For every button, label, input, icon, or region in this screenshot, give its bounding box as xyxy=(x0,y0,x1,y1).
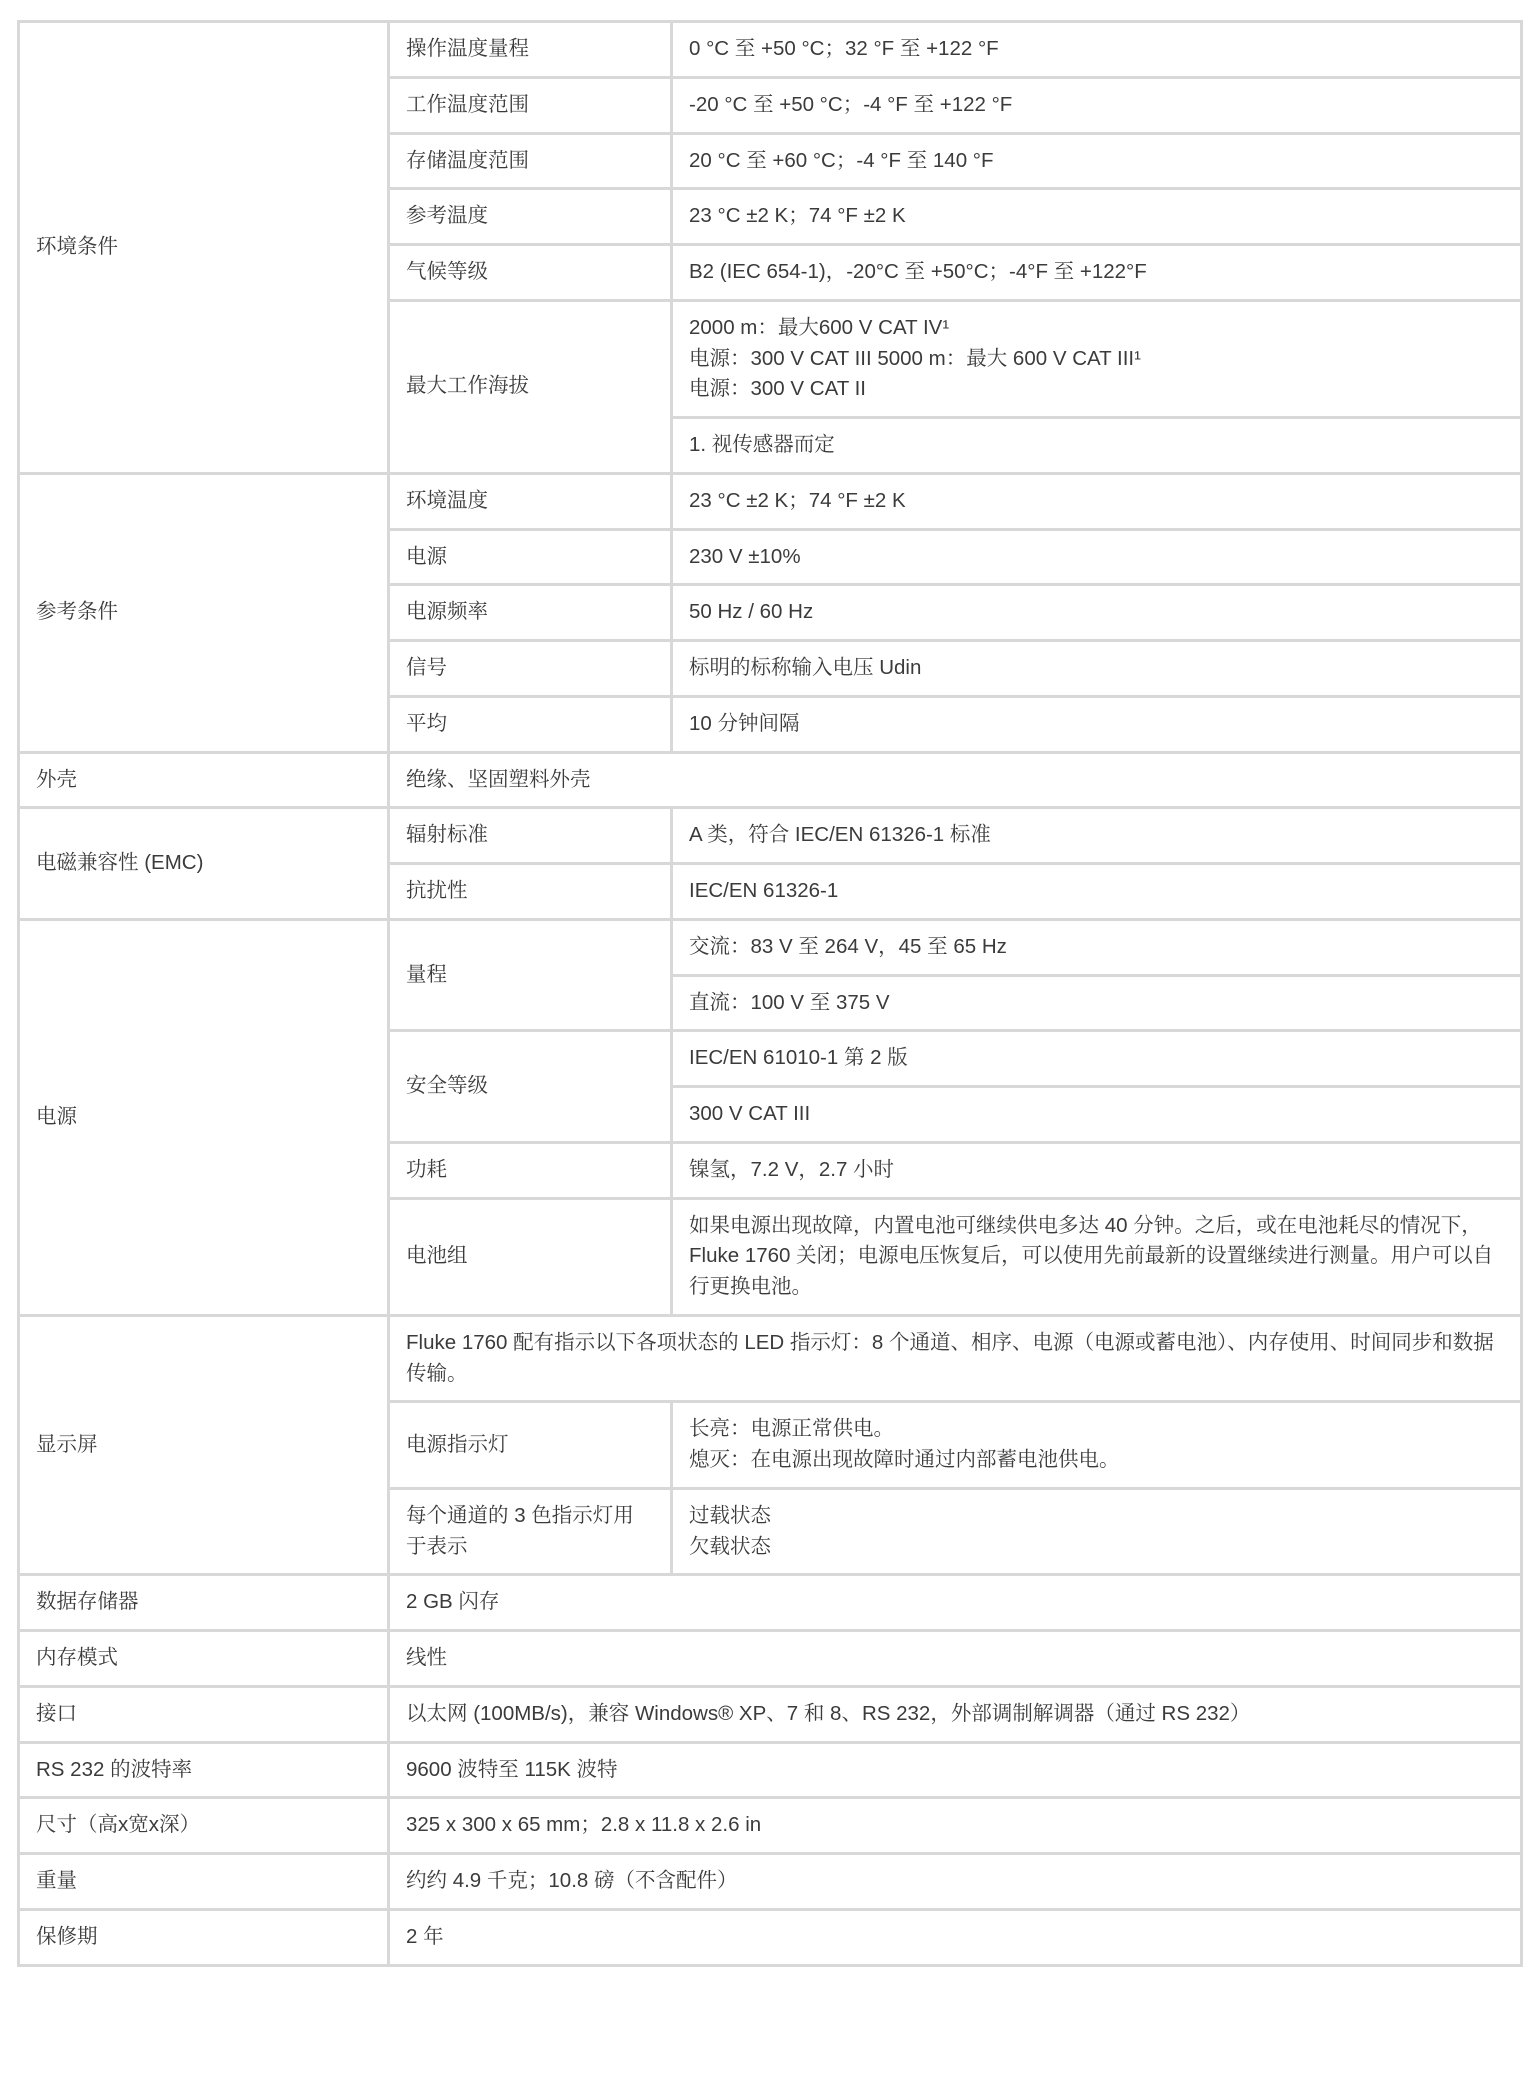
operating-temp-label: 操作温度量程 xyxy=(389,22,672,78)
housing-value: 绝缘、坚固塑料外壳 xyxy=(389,752,1522,808)
baud-rate-label: RS 232 的波特率 xyxy=(19,1742,389,1798)
environment-group-cell: 环境条件 xyxy=(19,22,389,474)
power-led-value: 长亮：电源正常供电。 熄灭：在电源出现故障时通过内部蓄电池供电。 xyxy=(672,1402,1522,1489)
reference-temp-label: 参考温度 xyxy=(389,189,672,245)
reference-temp-value: 23 °C ±2 K；74 °F ±2 K xyxy=(672,189,1522,245)
row-operating-temp: 环境条件 操作温度量程 0 °C 至 +50 °C；32 °F 至 +122 °… xyxy=(19,22,1522,78)
battery-label: 电池组 xyxy=(389,1198,672,1315)
baud-rate-value: 9600 波特至 115K 波特 xyxy=(389,1742,1522,1798)
working-temp-value: -20 °C 至 +50 °C；-4 °F 至 +122 °F xyxy=(672,77,1522,133)
averaging-value: 10 分钟间隔 xyxy=(672,696,1522,752)
power-supply-value: 230 V ±10% xyxy=(672,529,1522,585)
storage-temp-label: 存储温度范围 xyxy=(389,133,672,189)
max-altitude-note: 1. 视传感器而定 xyxy=(672,418,1522,474)
row-memory-mode: 内存模式 线性 xyxy=(19,1631,1522,1687)
row-baud-rate: RS 232 的波特率 9600 波特至 115K 波特 xyxy=(19,1742,1522,1798)
emission-value: A 类，符合 IEC/EN 61326-1 标准 xyxy=(672,808,1522,864)
climate-class-value: B2 (IEC 654-1)，-20°C 至 +50°C；-4°F 至 +122… xyxy=(672,245,1522,301)
weight-value: 约约 4.9 千克；10.8 磅（不含配件） xyxy=(389,1854,1522,1910)
channel-led-label: 每个通道的 3 色指示灯用于表示 xyxy=(389,1488,672,1575)
warranty-label: 保修期 xyxy=(19,1909,389,1965)
interface-value: 以太网 (100MB/s)，兼容 Windows® XP、7 和 8、RS 23… xyxy=(389,1686,1522,1742)
range-ac-value: 交流：83 V 至 264 V，45 至 65 Hz xyxy=(672,919,1522,975)
consumption-value: 镍氢，7.2 V，2.7 小时 xyxy=(672,1142,1522,1198)
power-frequency-value: 50 Hz / 60 Hz xyxy=(672,585,1522,641)
data-storage-value: 2 GB 闪存 xyxy=(389,1575,1522,1631)
signal-value: 标明的标称输入电压 Udin xyxy=(672,641,1522,697)
display-group-cell: 显示屏 xyxy=(19,1315,389,1575)
range-dc-value: 直流：100 V 至 375 V xyxy=(672,975,1522,1031)
power-group-cell: 电源 xyxy=(19,919,389,1315)
signal-label: 信号 xyxy=(389,641,672,697)
power-frequency-label: 电源频率 xyxy=(389,585,672,641)
row-housing: 外壳 绝缘、坚固塑料外壳 xyxy=(19,752,1522,808)
row-range-ac: 电源 量程 交流：83 V 至 264 V，45 至 65 Hz xyxy=(19,919,1522,975)
row-dimensions: 尺寸（高x宽x深） 325 x 300 x 65 mm；2.8 x 11.8 x… xyxy=(19,1798,1522,1854)
interface-label: 接口 xyxy=(19,1686,389,1742)
power-led-label: 电源指示灯 xyxy=(389,1402,672,1489)
safety-rating-value: 300 V CAT III xyxy=(672,1087,1522,1143)
power-supply-label: 电源 xyxy=(389,529,672,585)
led-overview-value: Fluke 1760 配有指示以下各项状态的 LED 指示灯：8 个通道、相序、… xyxy=(389,1315,1522,1402)
storage-temp-value: 20 °C 至 +60 °C；-4 °F 至 140 °F xyxy=(672,133,1522,189)
safety-label: 安全等级 xyxy=(389,1031,672,1143)
reference-group-cell: 参考条件 xyxy=(19,473,389,752)
housing-label: 外壳 xyxy=(19,752,389,808)
dimensions-value: 325 x 300 x 65 mm；2.8 x 11.8 x 2.6 in xyxy=(389,1798,1522,1854)
data-storage-label: 数据存储器 xyxy=(19,1575,389,1631)
row-weight: 重量 约约 4.9 千克；10.8 磅（不含配件） xyxy=(19,1854,1522,1910)
emission-label: 辐射标准 xyxy=(389,808,672,864)
memory-mode-value: 线性 xyxy=(389,1631,1522,1687)
spec-page: 环境条件 操作温度量程 0 °C 至 +50 °C；32 °F 至 +122 °… xyxy=(0,0,1537,2099)
consumption-label: 功耗 xyxy=(389,1142,672,1198)
averaging-label: 平均 xyxy=(389,696,672,752)
dimensions-label: 尺寸（高x宽x深） xyxy=(19,1798,389,1854)
max-altitude-value: 2000 m：最大600 V CAT IV¹ 电源：300 V CAT III … xyxy=(672,300,1522,417)
spec-table: 环境条件 操作温度量程 0 °C 至 +50 °C；32 °F 至 +122 °… xyxy=(17,20,1523,1967)
row-data-storage: 数据存储器 2 GB 闪存 xyxy=(19,1575,1522,1631)
emc-group-cell: 电磁兼容性 (EMC) xyxy=(19,808,389,920)
memory-mode-label: 内存模式 xyxy=(19,1631,389,1687)
ambient-temp-value: 23 °C ±2 K；74 °F ±2 K xyxy=(672,473,1522,529)
climate-class-label: 气候等级 xyxy=(389,245,672,301)
battery-value: 如果电源出现故障，内置电池可继续供电多达 40 分钟。之后，或在电池耗尽的情况下… xyxy=(672,1198,1522,1315)
immunity-label: 抗扰性 xyxy=(389,864,672,920)
row-emission: 电磁兼容性 (EMC) 辐射标准 A 类，符合 IEC/EN 61326-1 标… xyxy=(19,808,1522,864)
warranty-value: 2 年 xyxy=(389,1909,1522,1965)
max-altitude-label: 最大工作海拔 xyxy=(389,300,672,473)
weight-label: 重量 xyxy=(19,1854,389,1910)
row-ambient-temp: 参考条件 环境温度 23 °C ±2 K；74 °F ±2 K xyxy=(19,473,1522,529)
row-interface: 接口 以太网 (100MB/s)，兼容 Windows® XP、7 和 8、RS… xyxy=(19,1686,1522,1742)
immunity-value: IEC/EN 61326-1 xyxy=(672,864,1522,920)
row-led-overview: 显示屏 Fluke 1760 配有指示以下各项状态的 LED 指示灯：8 个通道… xyxy=(19,1315,1522,1402)
operating-temp-value: 0 °C 至 +50 °C；32 °F 至 +122 °F xyxy=(672,22,1522,78)
safety-standard-value: IEC/EN 61010-1 第 2 版 xyxy=(672,1031,1522,1087)
working-temp-label: 工作温度范围 xyxy=(389,77,672,133)
channel-led-value: 过载状态 欠载状态 xyxy=(672,1488,1522,1575)
row-warranty: 保修期 2 年 xyxy=(19,1909,1522,1965)
range-label: 量程 xyxy=(389,919,672,1031)
ambient-temp-label: 环境温度 xyxy=(389,473,672,529)
